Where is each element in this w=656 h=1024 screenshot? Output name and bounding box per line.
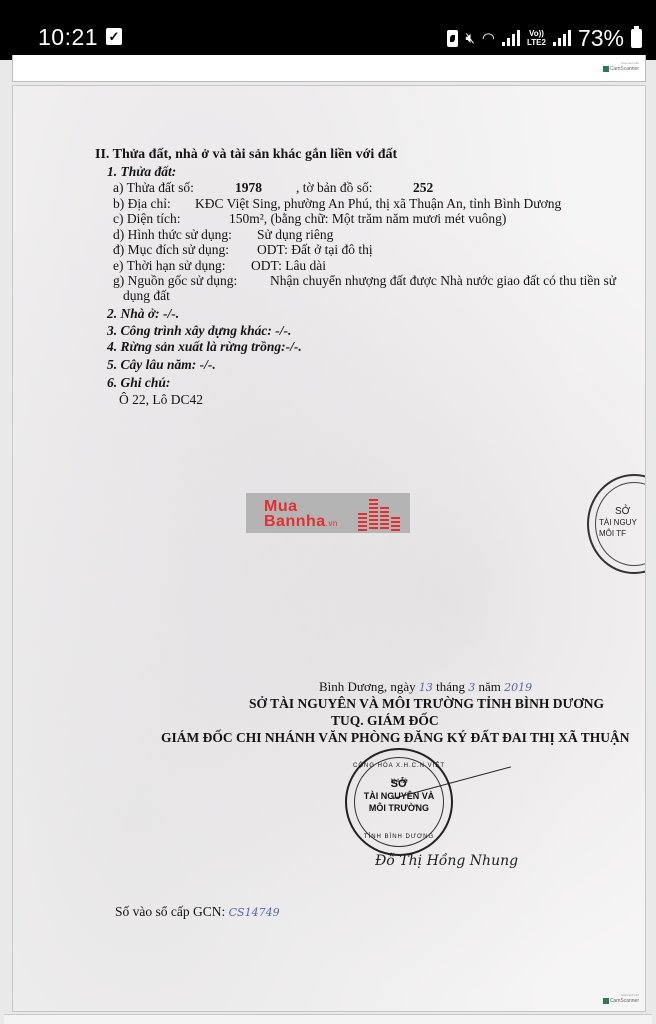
authority-name: SỞ TÀI NGUYÊN VÀ MÔI TRƯỜNG TỈNH BÌNH DƯ… — [249, 696, 604, 712]
notes-title: 6. Ghi chú: — [107, 375, 170, 391]
clock: 10:21 — [38, 24, 98, 51]
next-page[interactable] — [4, 1014, 652, 1024]
camscanner-icon — [603, 998, 609, 1004]
official-stamp: CỘNG HÒA X.H.C.N VIỆT NAM SỞ TÀI NGUYÊN … — [345, 748, 453, 856]
signer-name: Đỗ Thị Hồng Nhung — [375, 854, 518, 870]
item-origin-cont: dụng đất — [123, 288, 170, 304]
item-usage-term: e) Thời hạn sử dụng: ODT: Lâu dài — [113, 258, 225, 274]
battery-saver-icon — [447, 30, 458, 47]
camscanner-badge: Scanned with CamScanner — [595, 61, 639, 75]
previous-page[interactable]: Scanned with CamScanner — [12, 55, 646, 82]
on-behalf-title: TUQ. GIÁM ĐỐC — [331, 713, 439, 729]
land-title: 1. Thửa đất: — [107, 164, 176, 180]
director-title: GIÁM ĐỐC CHI NHÁNH VĂN PHÒNG ĐĂNG KÝ ĐẤT… — [161, 730, 630, 746]
item-address: b) Địa chỉ: KĐC Việt Sing, phường An Phú… — [113, 196, 171, 212]
notes-value: Ô 22, Lô DC42 — [119, 392, 203, 408]
signal-icon-2 — [553, 30, 571, 46]
issue-date: Bình Dương, ngày 13 tháng 3 năm 2019 — [319, 679, 532, 696]
building-icon — [358, 499, 400, 531]
item-area: c) Diện tích: 150m², (bằng chữ: Một trăm… — [113, 211, 180, 227]
item-usage-purpose: đ) Mục đích sử dụng: ODT: Đất ở tại đô t… — [113, 242, 229, 258]
item-usage-form: d) Hình thức sử dụng: Sử dụng riêng — [113, 227, 232, 243]
signal-icon — [502, 30, 520, 46]
battery-icon — [631, 29, 642, 48]
battery-percent: 73% — [578, 25, 624, 52]
muabannha-watermark: MuaBannha.vn — [246, 493, 410, 533]
perennial-section: 5. Cây lâu năm: -/-. — [107, 357, 216, 373]
item-parcel-number: a) Thửa đất số: 1978 , tờ bản đồ số: 252 — [113, 180, 194, 196]
item-origin: g) Nguồn gốc sử dụng: Nhận chuyển nhượng… — [113, 273, 237, 289]
checkbox-notification-icon: ✓ — [106, 28, 122, 45]
status-bar: 10:21 ✓ 🔇︎ ◠ Vo))LTE2 73% — [0, 0, 656, 60]
document-page[interactable]: II. Thửa đất, nhà ở và tài sản khác gắn … — [12, 85, 646, 1012]
camscanner-badge-bottom: Scanned with CamScanner — [595, 993, 639, 1007]
forest-section: 4. Rừng sản xuất là rừng trồng:-/-. — [107, 339, 302, 355]
house-section: 2. Nhà ở: -/-. — [107, 306, 179, 322]
volte-icon: Vo))LTE2 — [527, 29, 546, 47]
camscanner-icon — [603, 66, 609, 72]
mute-icon: 🔇︎ — [465, 31, 474, 46]
other-construction-section: 3. Công trình xây dựng khác: -/-. — [107, 323, 291, 339]
gcn-register-number: Số vào sổ cấp GCN: CS14749 — [115, 904, 280, 921]
wifi-icon: ◠ — [482, 31, 495, 46]
side-stamp: SỞTÀI NGUYMÔI TF — [587, 474, 646, 574]
section-title: II. Thửa đất, nhà ở và tài sản khác gắn … — [95, 147, 397, 163]
